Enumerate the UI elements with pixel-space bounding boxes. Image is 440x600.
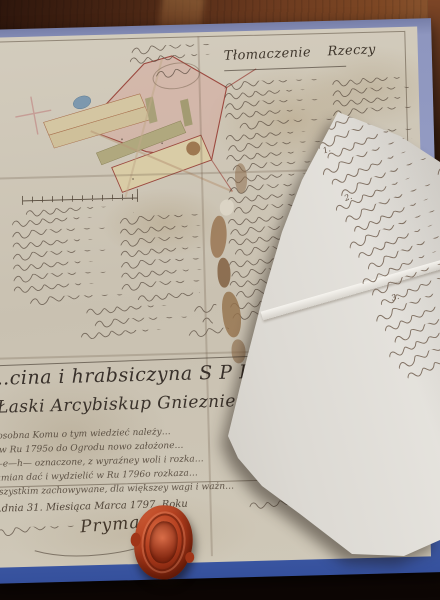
handwriting-line — [313, 18, 440, 127]
overlay-sheet: 1. 2. 3. — [0, 0, 440, 600]
photo-of-historic-document: Tłomaczenie Rzeczy …cina i hrabsiczyna S… — [0, 0, 440, 600]
handwriting-line — [294, 25, 440, 105]
handwriting-line — [308, 30, 440, 142]
overlay-sheet-paper: 1. 2. 3. — [0, 0, 440, 600]
handwriting-line — [303, 25, 440, 116]
